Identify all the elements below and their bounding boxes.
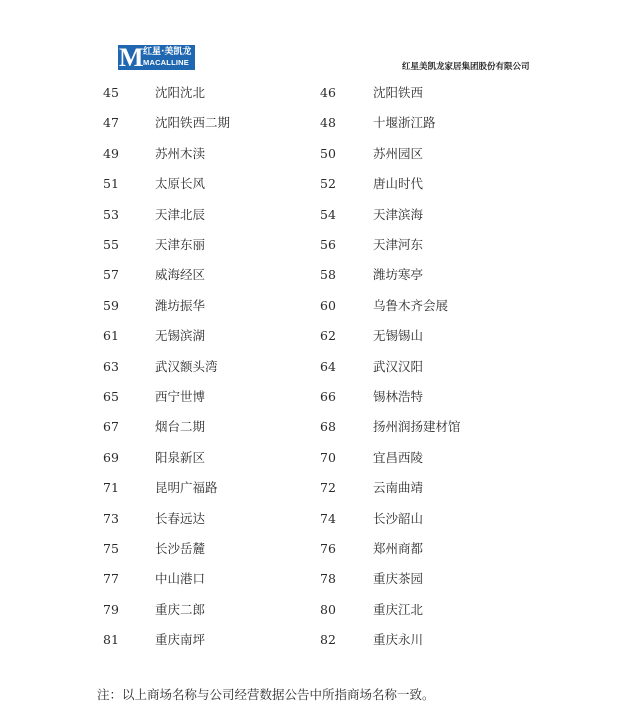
right-number: 62 bbox=[320, 326, 350, 346]
table-row: 53天津北辰54天津滨海 bbox=[0, 205, 640, 225]
right-number: 74 bbox=[320, 509, 350, 529]
company-logo: M 红星·美凯龙 MACALLINE bbox=[118, 45, 195, 70]
company-name: 红星美凯龙家居集团股份有限公司 bbox=[402, 60, 530, 72]
right-mall-name: 重庆江北 bbox=[373, 600, 423, 620]
right-number: 46 bbox=[320, 83, 350, 103]
left-mall-name: 武汉额头湾 bbox=[155, 357, 218, 377]
left-number: 69 bbox=[103, 448, 133, 468]
right-mall-name: 天津滨海 bbox=[373, 205, 423, 225]
table-row: 61无锡滨湖62无锡锡山 bbox=[0, 326, 640, 346]
right-mall-name: 锡林浩特 bbox=[373, 387, 423, 407]
left-number: 79 bbox=[103, 600, 133, 620]
left-number: 71 bbox=[103, 478, 133, 498]
left-number: 75 bbox=[103, 539, 133, 559]
right-number: 48 bbox=[320, 113, 350, 133]
left-number: 49 bbox=[103, 144, 133, 164]
right-number: 80 bbox=[320, 600, 350, 620]
right-number: 66 bbox=[320, 387, 350, 407]
right-number: 58 bbox=[320, 265, 350, 285]
right-mall-name: 重庆茶园 bbox=[373, 569, 423, 589]
table-row: 59潍坊振华60乌鲁木齐会展 bbox=[0, 296, 640, 316]
left-mall-name: 天津北辰 bbox=[155, 205, 205, 225]
table-row: 49苏州木渎50苏州园区 bbox=[0, 144, 640, 164]
left-mall-name: 昆明广福路 bbox=[155, 478, 218, 498]
left-number: 53 bbox=[103, 205, 133, 225]
table-row: 63武汉额头湾64武汉汉阳 bbox=[0, 357, 640, 377]
right-mall-name: 武汉汉阳 bbox=[373, 357, 423, 377]
right-number: 72 bbox=[320, 478, 350, 498]
left-number: 81 bbox=[103, 630, 133, 650]
left-number: 65 bbox=[103, 387, 133, 407]
right-number: 70 bbox=[320, 448, 350, 468]
right-number: 50 bbox=[320, 144, 350, 164]
right-mall-name: 重庆永川 bbox=[373, 630, 423, 650]
right-number: 68 bbox=[320, 417, 350, 437]
right-mall-name: 扬州润扬建材馆 bbox=[373, 417, 461, 437]
left-mall-name: 沈阳沈北 bbox=[155, 83, 205, 103]
left-number: 73 bbox=[103, 509, 133, 529]
right-number: 82 bbox=[320, 630, 350, 650]
right-mall-name: 郑州商都 bbox=[373, 539, 423, 559]
right-mall-name: 宜昌西陵 bbox=[373, 448, 423, 468]
table-row: 71昆明广福路72云南曲靖 bbox=[0, 478, 640, 498]
right-mall-name: 无锡锡山 bbox=[373, 326, 423, 346]
table-row: 51太原长风52唐山时代 bbox=[0, 174, 640, 194]
right-mall-name: 潍坊寒亭 bbox=[373, 265, 423, 285]
table-row: 73长春远达74长沙韶山 bbox=[0, 509, 640, 529]
left-number: 59 bbox=[103, 296, 133, 316]
table-row: 57威海经区58潍坊寒亭 bbox=[0, 265, 640, 285]
right-mall-name: 唐山时代 bbox=[373, 174, 423, 194]
left-mall-name: 威海经区 bbox=[155, 265, 205, 285]
table-row: 65西宁世博66锡林浩特 bbox=[0, 387, 640, 407]
left-mall-name: 阳泉新区 bbox=[155, 448, 205, 468]
left-number: 47 bbox=[103, 113, 133, 133]
right-mall-name: 天津河东 bbox=[373, 235, 423, 255]
right-mall-name: 沈阳铁西 bbox=[373, 83, 423, 103]
left-mall-name: 长春远达 bbox=[155, 509, 205, 529]
right-number: 76 bbox=[320, 539, 350, 559]
table-row: 75长沙岳麓76郑州商都 bbox=[0, 539, 640, 559]
right-number: 64 bbox=[320, 357, 350, 377]
left-mall-name: 烟台二期 bbox=[155, 417, 205, 437]
right-mall-name: 长沙韶山 bbox=[373, 509, 423, 529]
left-mall-name: 重庆二郎 bbox=[155, 600, 205, 620]
table-row: 81重庆南坪82重庆永川 bbox=[0, 630, 640, 650]
table-row: 69阳泉新区70宜昌西陵 bbox=[0, 448, 640, 468]
logo-english-name: MACALLINE bbox=[143, 58, 191, 68]
footnote: 注：以上商场名称与公司经营数据公告中所指商场名称一致。 bbox=[97, 685, 435, 705]
right-number: 56 bbox=[320, 235, 350, 255]
right-number: 78 bbox=[320, 569, 350, 589]
right-mall-name: 乌鲁木齐会展 bbox=[373, 296, 448, 316]
table-row: 77中山港口78重庆茶园 bbox=[0, 569, 640, 589]
left-mall-name: 中山港口 bbox=[155, 569, 205, 589]
logo-chinese-name: 红星·美凯龙 bbox=[143, 47, 191, 58]
left-number: 45 bbox=[103, 83, 133, 103]
left-number: 77 bbox=[103, 569, 133, 589]
right-number: 54 bbox=[320, 205, 350, 225]
table-row: 55天津东丽56天津河东 bbox=[0, 235, 640, 255]
table-row: 45沈阳沈北46沈阳铁西 bbox=[0, 83, 640, 103]
left-mall-name: 沈阳铁西二期 bbox=[155, 113, 230, 133]
left-mall-name: 太原长风 bbox=[155, 174, 205, 194]
right-mall-name: 苏州园区 bbox=[373, 144, 423, 164]
left-number: 57 bbox=[103, 265, 133, 285]
table-row: 79重庆二郎80重庆江北 bbox=[0, 600, 640, 620]
table-row: 67烟台二期68扬州润扬建材馆 bbox=[0, 417, 640, 437]
left-mall-name: 无锡滨湖 bbox=[155, 326, 205, 346]
left-mall-name: 苏州木渎 bbox=[155, 144, 205, 164]
table-row: 47沈阳铁西二期48十堰浙江路 bbox=[0, 113, 640, 133]
logo-letter: M bbox=[119, 45, 141, 70]
left-mall-name: 长沙岳麓 bbox=[155, 539, 205, 559]
left-mall-name: 西宁世博 bbox=[155, 387, 205, 407]
left-number: 63 bbox=[103, 357, 133, 377]
left-mall-name: 天津东丽 bbox=[155, 235, 205, 255]
left-number: 67 bbox=[103, 417, 133, 437]
left-number: 61 bbox=[103, 326, 133, 346]
left-mall-name: 重庆南坪 bbox=[155, 630, 205, 650]
left-number: 51 bbox=[103, 174, 133, 194]
left-mall-name: 潍坊振华 bbox=[155, 296, 205, 316]
right-number: 52 bbox=[320, 174, 350, 194]
right-mall-name: 十堰浙江路 bbox=[373, 113, 436, 133]
left-number: 55 bbox=[103, 235, 133, 255]
logo-text: 红星·美凯龙 MACALLINE bbox=[143, 47, 191, 68]
right-mall-name: 云南曲靖 bbox=[373, 478, 423, 498]
right-number: 60 bbox=[320, 296, 350, 316]
